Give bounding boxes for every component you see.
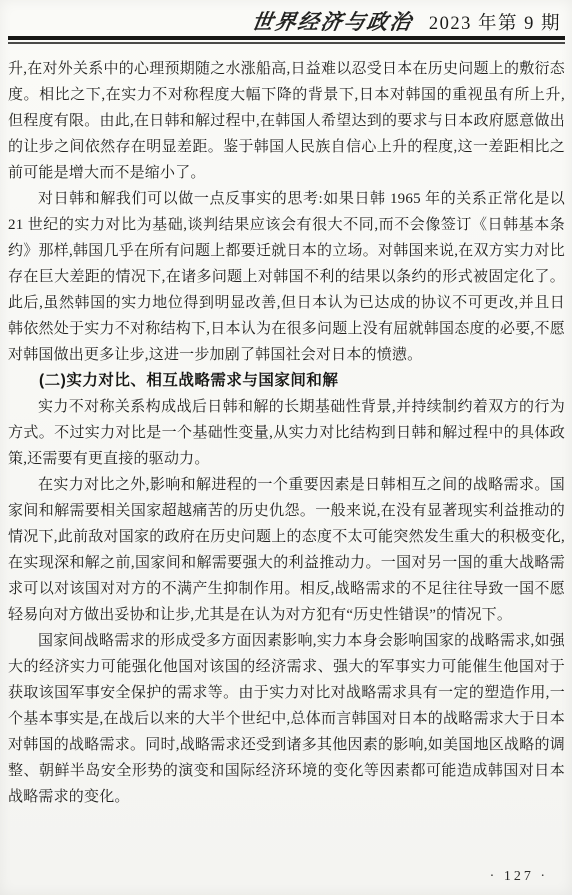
body-paragraph-continuation: 升,在对外关系中的心理预期随之水涨船高,日益难以忍受日本在历史问题上的敷衍态度。…	[8, 56, 565, 186]
section-heading: (二)实力对比、相互战略需求与国家间和解	[8, 368, 565, 394]
page-header: 世界经济与政治 2023 年第 9 期	[8, 6, 565, 44]
header-rule-thin	[8, 42, 565, 44]
body-paragraph: 实力不对称关系构成战后日韩和解的长期基础性背景,并持续制约着双方的行为方式。不过…	[8, 394, 565, 472]
body-paragraph: 对日韩和解我们可以做一点反事实的思考:如果日韩 1965 年的关系正常化是以 2…	[8, 186, 565, 368]
body-paragraph: 在实力对比之外,影响和解进程的一个重要因素是日韩相互之间的战略需求。国家间和解需…	[8, 472, 565, 628]
journal-issue-label: 2023 年第 9 期	[429, 9, 561, 35]
header-rule-thick	[8, 36, 565, 40]
masthead: 世界经济与政治 2023 年第 9 期	[8, 6, 565, 32]
journal-logo: 世界经济与政治	[249, 6, 415, 36]
page-number: · 127 ·	[490, 869, 548, 885]
body-paragraph: 国家间战略需求的形成受多方面因素影响,实力本身会影响国家的战略需求,如强大的经济…	[8, 628, 565, 810]
scanned-journal-page: 世界经济与政治 2023 年第 9 期 升,在对外关系中的心理预期随之水涨船高,…	[0, 0, 572, 895]
article-body: 升,在对外关系中的心理预期随之水涨船高,日益难以忍受日本在历史问题上的敷衍态度。…	[8, 56, 565, 810]
